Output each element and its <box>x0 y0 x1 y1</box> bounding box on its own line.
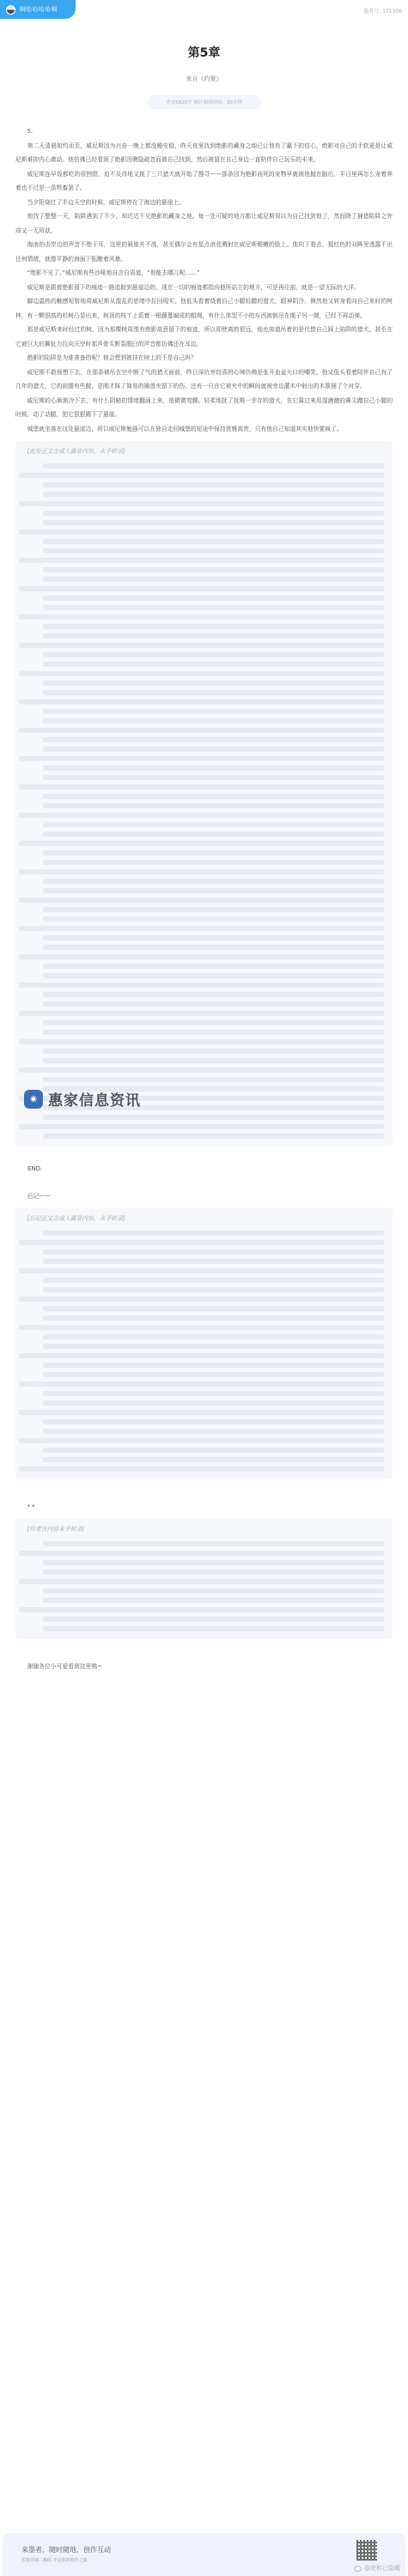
qr-code[interactable] <box>356 2540 377 2561</box>
afterword-heading: 后记—— <box>15 1189 393 1204</box>
omitted-line-placeholder <box>43 935 384 940</box>
omitted-line-placeholder <box>19 926 384 931</box>
omitted-line-placeholder <box>19 1410 384 1415</box>
omitted-line-placeholder <box>19 1438 384 1443</box>
omitted-line-placeholder <box>43 1372 384 1377</box>
omitted-line-placeholder <box>43 1626 384 1631</box>
omitted-line-placeholder <box>43 511 384 516</box>
story-paragraph: 威尼斯的心渐渐冷下去，有什么阴暗的情绪翻涌上来，他微微弯腰，轻柔地抚了抚唯一幸存… <box>15 394 393 422</box>
omitted-line-placeholder <box>43 577 384 582</box>
omitted-line-placeholder <box>43 879 384 884</box>
omitted-line-placeholder <box>43 690 384 695</box>
author-note-omitted-notice: [作者注内容未予转录] <box>15 1522 393 1537</box>
reading-stats-pill: 全文5820字 预计阅读时间：30分钟 <box>148 95 261 109</box>
omitted-line-placeholder <box>43 916 384 922</box>
omitted-line-placeholder <box>43 482 384 487</box>
omitted-line-placeholder <box>43 1077 384 1082</box>
omitted-line-placeholder <box>43 1457 384 1462</box>
omitted-line-placeholder <box>43 1315 384 1321</box>
omitted-line-placeholder <box>43 596 384 601</box>
omitted-line-placeholder <box>19 869 384 874</box>
omitted-line-placeholder <box>19 728 384 733</box>
omitted-line-placeholder <box>43 1400 384 1406</box>
omitted-line-placeholder <box>43 794 384 799</box>
omitted-line-placeholder <box>43 1617 384 1622</box>
omitted-line-placeholder <box>43 1448 384 1453</box>
member-number: 墨者号: 171306 <box>363 7 402 15</box>
omitted-line-placeholder <box>19 586 384 591</box>
omitted-line-placeholder <box>43 1419 384 1424</box>
weibo-icon <box>354 2566 362 2572</box>
omitted-line-placeholder <box>43 945 384 950</box>
omitted-line-placeholder <box>19 671 384 676</box>
author-note-marker: * * <box>15 1500 393 1515</box>
section-number: 5. <box>15 124 393 139</box>
omitted-line-placeholder <box>19 501 384 506</box>
omitted-line-placeholder <box>43 1020 384 1025</box>
omitted-line-placeholder <box>19 473 384 478</box>
omitted-line-placeholder <box>43 1598 384 1603</box>
omitted-line-placeholder <box>43 1001 384 1007</box>
omitted-line-placeholder <box>43 1569 384 1575</box>
omitted-line-placeholder <box>43 1334 384 1339</box>
omitted-line-placeholder <box>19 1240 384 1245</box>
omitted-line-placeholder <box>43 567 384 572</box>
omitted-line-placeholder <box>43 973 384 978</box>
omitted-line-placeholder <box>19 756 384 761</box>
omitted-notice: [此处正文含成人露骨内容，未予转录] <box>15 444 393 459</box>
omitted-line-placeholder <box>19 1325 384 1330</box>
omitted-line-placeholder <box>19 1268 384 1273</box>
omitted-line-placeholder <box>43 633 384 638</box>
omitted-line-placeholder <box>19 983 384 988</box>
omitted-line-placeholder <box>43 1560 384 1565</box>
omitted-line-placeholder <box>19 614 384 620</box>
omitted-line-placeholder <box>19 1466 384 1472</box>
omitted-line-placeholder <box>43 1259 384 1264</box>
omitted-line-placeholder <box>43 1249 384 1255</box>
omitted-line-placeholder <box>43 850 384 856</box>
omitted-line-placeholder <box>43 680 384 686</box>
story-paragraph: “绝影不见了。”威尼斯有些沙哑地自言自语道，“他能去哪儿呢……” <box>15 266 393 281</box>
omitted-line-placeholder <box>43 1030 384 1035</box>
omitted-line-placeholder <box>19 1067 384 1073</box>
article-body: 5. 第二天清晨如约而至，威尼斯因为兴奋一晚上都没睡安稳，昨天夜里找到绝影的藏身… <box>0 109 408 1673</box>
omitted-line-placeholder <box>43 1231 384 1236</box>
omitted-line-placeholder <box>19 643 384 648</box>
closing-thanks: 谢谢各位小可爱看到这里鸭~ <box>15 1660 393 1674</box>
omitted-line-placeholder <box>43 860 384 865</box>
omitted-line-placeholder <box>19 1551 384 1556</box>
omitted-line-placeholder <box>43 803 384 808</box>
omitted-line-placeholder <box>19 1011 384 1016</box>
story-paragraph: 威尼斯连早饭都吃的很囫囵，迫不及待地又挑了三只猎犬就开始了搜寻——那条因为绝影而… <box>15 167 393 196</box>
omitted-line-placeholder <box>43 1429 384 1434</box>
omitted-line-placeholder <box>43 492 384 497</box>
promo-footer: 来墨者，随时随地，创作互动 长按识别二维码 开启你的创作之旅 @昵称已隐藏 <box>3 2533 405 2576</box>
chapter-title: 第5章 <box>0 44 408 61</box>
omitted-line-placeholder <box>43 964 384 969</box>
weibo-watermark: @昵称已隐藏 <box>354 2564 400 2573</box>
omitted-line-placeholder <box>43 1278 384 1283</box>
afterword-omitted-block: [后记正文含成人露骨内容，未予转录] <box>15 1208 393 1479</box>
omitted-line-placeholder <box>43 907 384 912</box>
omitted-line-placeholder <box>19 529 384 535</box>
omitted-line-placeholder <box>43 548 384 553</box>
omitted-line-placeholder <box>43 1134 384 1139</box>
top-bar: 啊哈哈哈哈嗝 墨者号: 171306 <box>0 0 408 22</box>
story-paragraph: 绝影的陷阱是为谁准备的呢？他会想到被挂在树上的不是自己吗？ <box>15 351 393 366</box>
omitted-line-placeholder <box>43 888 384 893</box>
source-line: 来自《约聚》 <box>0 75 408 83</box>
omitted-line-placeholder <box>43 1058 384 1063</box>
story-paragraph: 城堡就坐落在这处悬崖边，所以威尼斯勉强可以在独自走回城堡的短途中保持优雅高贵，只… <box>15 422 393 437</box>
story-paragraph: 威尼斯是跟着绝影留下的痕迹一路追踪到悬崖边的，现在一切的痕迹都指向他所站立的地方… <box>15 281 393 295</box>
omitted-line-placeholder <box>43 463 384 469</box>
author-note-omitted-block: [作者注内容未予转录] <box>15 1519 393 1639</box>
omitted-line-placeholder <box>43 822 384 827</box>
omitted-line-placeholder <box>19 813 384 818</box>
omitted-line-placeholder <box>19 558 384 563</box>
story-paragraph: 威尼斯不敢细想下去，在那条被吊在空中断了气的猎犬面前，昨日深坑旁窃喜的心境仿佛是… <box>15 366 393 394</box>
omitted-line-placeholder <box>43 1391 384 1396</box>
story-paragraph: 他找了整整一天，陷阱遇到了不少，却迟迟不见绝影的藏身之地。每一处可疑的地方都让威… <box>15 209 393 238</box>
story-paragraph: 那是威尼斯来时经过的树，因为那棵树周围有绝影故意留下的痕迹，所以即使离的很远，他… <box>15 323 393 351</box>
omitted-line-placeholder <box>43 1115 384 1120</box>
omitted-line-placeholder <box>43 1541 384 1546</box>
footer-title: 来墨者，随时随地，创作互动 <box>21 2545 405 2555</box>
author-avatar <box>6 5 15 15</box>
story-paragraph: 海浪拍击岸边的声音不绝于耳，这里的悬崖并不高，甚至偶尔会有星点浪花溅射在威尼斯稚… <box>15 238 393 266</box>
omitted-line-placeholder <box>43 775 384 780</box>
omitted-line-placeholder <box>19 1353 384 1358</box>
footer-subtitle: 长按识别二维码 开启你的创作之旅 <box>21 2557 405 2563</box>
omitted-line-placeholder <box>43 1287 384 1292</box>
omitted-line-placeholder <box>43 992 384 997</box>
omitted-line-placeholder <box>19 954 384 959</box>
omitted-line-placeholder <box>19 841 384 846</box>
omitted-line-placeholder <box>19 1096 384 1101</box>
omitted-line-placeholder <box>43 605 384 610</box>
omitted-line-placeholder <box>43 1588 384 1593</box>
story-paragraph: 第二天清晨如约而至，威尼斯因为兴奋一晚上都没睡安稳，昨天夜里找到绝影的藏身之地已… <box>15 139 393 167</box>
omitted-line-placeholder <box>43 737 384 742</box>
end-marker: END. <box>15 1165 393 1172</box>
omitted-line-placeholder <box>43 520 384 525</box>
omitted-line-placeholder <box>43 1049 384 1054</box>
omitted-line-placeholder <box>43 1086 384 1091</box>
omitted-line-placeholder <box>19 699 384 704</box>
omitted-line-placeholder <box>43 709 384 714</box>
omitted-line-placeholder <box>43 624 384 629</box>
omitted-line-placeholder <box>43 652 384 657</box>
story-paragraph: 脚边温热的触感短暂地将威尼斯从混乱的思绪中拉回现实，他低头看着绕着自己小腿轻蹭的… <box>15 294 393 323</box>
paragraph-list: 第二天清晨如约而至，威尼斯因为兴奋一晚上都没睡安稳，昨天夜里找到绝影的藏身之地已… <box>15 139 393 437</box>
omitted-content-block: [此处正文含成人露骨内容，未予转录] <box>15 441 393 1146</box>
omitted-line-placeholder <box>43 539 384 544</box>
omitted-line-placeholder <box>43 831 384 837</box>
omitted-line-placeholder <box>43 765 384 771</box>
omitted-line-placeholder <box>19 1579 384 1584</box>
story-paragraph: 当夕阳烧红了半边天空的时候，威尼斯停在了海边的悬崖上。 <box>15 196 393 210</box>
author-badge[interactable]: 啊哈哈哈哈嗝 <box>0 0 76 19</box>
weibo-handle: @昵称已隐藏 <box>364 2564 400 2573</box>
omitted-line-placeholder <box>19 784 384 789</box>
omitted-line-placeholder <box>43 1344 384 1349</box>
afterword-omitted-notice: [后记正文含成人露骨内容，未予转录] <box>15 1212 393 1226</box>
omitted-line-placeholder <box>43 1105 384 1110</box>
omitted-line-placeholder <box>19 898 384 903</box>
omitted-line-placeholder <box>43 718 384 723</box>
omitted-line-placeholder <box>43 662 384 667</box>
omitted-line-placeholder <box>43 1363 384 1368</box>
author-name: 啊哈哈哈哈嗝 <box>20 5 58 14</box>
omitted-line-placeholder <box>43 747 384 752</box>
omitted-line-placeholder <box>19 1124 384 1129</box>
omitted-line-placeholder <box>19 1382 384 1387</box>
omitted-line-placeholder <box>19 1607 384 1612</box>
omitted-line-placeholder <box>43 1306 384 1311</box>
omitted-line-placeholder <box>19 1039 384 1044</box>
omitted-line-placeholder <box>19 1297 384 1302</box>
